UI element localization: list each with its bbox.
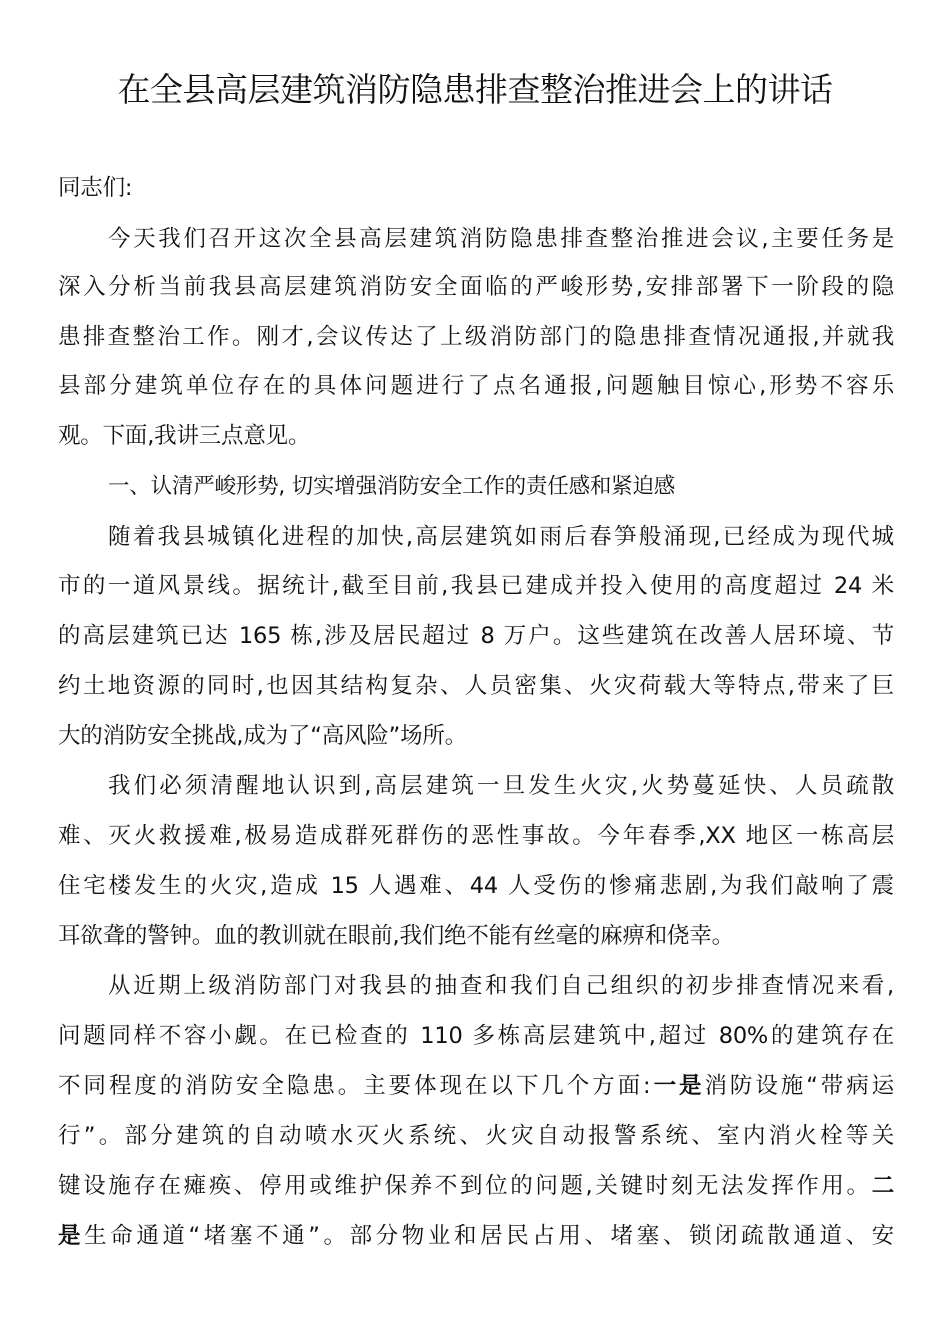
paragraph-line: 深入分析当前我县高层建筑消防安全面临的严峻形势,安排部署下一阶段的隐: [58, 270, 894, 304]
salutation: 同志们:: [58, 171, 894, 205]
paragraph-line: 难、灭火救援难,极易造成群死群伤的恶性事故。今年春季,XX 地区一栋高层: [58, 819, 894, 853]
paragraph-line: 县部分建筑单位存在的具体问题进行了点名通报,问题触目惊心,形势不容乐: [58, 369, 894, 403]
paragraph-line: 从近期上级消防部门对我县的抽查和我们自己组织的初步排查情况来看,: [108, 969, 894, 1003]
paragraph-line: 今天我们召开这次全县高层建筑消防隐患排查整治推进会议,主要任务是: [108, 222, 894, 256]
paragraph-line: 耳欲聋的警钟。血的教训就在眼前,我们绝不能有丝毫的麻痹和侥幸。: [58, 919, 894, 953]
paragraph-line: 大的消防安全挑战,成为了“高风险”场所。: [58, 719, 894, 753]
paragraph-line: 是生命通道“堵塞不通”。部分物业和居民占用、堵塞、锁闭疏散通道、安: [58, 1219, 894, 1253]
emphasis-second-part1: 二: [872, 1173, 894, 1199]
text-run: 消防设施“带病运: [704, 1073, 894, 1099]
emphasis-second-part2: 是: [58, 1223, 84, 1249]
document-title: 在全县高层建筑消防隐患排查整治推进会上的讲话: [0, 66, 950, 114]
text-run: 生命通道“堵塞不通”。部分物业和居民占用、堵塞、锁闭疏散通道、安: [84, 1223, 894, 1249]
paragraph-line: 随着我县城镇化进程的加快,高层建筑如雨后春笋般涌现,已经成为现代城: [108, 520, 894, 554]
paragraph-line: 观。下面,我讲三点意见。: [58, 419, 894, 453]
text-run: 键设施存在瘫痪、停用或维护保养不到位的问题,关键时刻无法发挥作用。: [58, 1173, 872, 1199]
paragraph-line: 键设施存在瘫痪、停用或维护保养不到位的问题,关键时刻无法发挥作用。二: [58, 1169, 894, 1203]
paragraph-line: 问题同样不容小觑。在已检查的 110 多栋高层建筑中,超过 80%的建筑存在: [58, 1019, 894, 1053]
paragraph-line: 市的一道风景线。据统计,截至目前,我县已建成并投入使用的高度超过 24 米: [58, 569, 894, 603]
emphasis-first: 一是: [650, 1073, 704, 1099]
paragraph-line: 住宅楼发生的火灾,造成 15 人遇难、44 人受伤的惨痛悲剧,为我们敲响了震: [58, 869, 894, 903]
section-heading: 一、认清严峻形势, 切实增强消防安全工作的责任感和紧迫感: [108, 470, 894, 504]
text-run: 不同程度的消防安全隐患。主要体现在以下几个方面:: [58, 1073, 650, 1099]
paragraph-line: 患排查整治工作。刚才,会议传达了上级消防部门的隐患排查情况通报,并就我: [58, 320, 894, 354]
paragraph-line: 的高层建筑已达 165 栋,涉及居民超过 8 万户。这些建筑在改善人居环境、节: [58, 619, 894, 653]
paragraph-line: 行”。部分建筑的自动喷水灭火系统、火灾自动报警系统、室内消火栓等关: [58, 1119, 894, 1153]
paragraph-line: 约土地资源的同时,也因其结构复杂、人员密集、火灾荷载大等特点,带来了巨: [58, 669, 894, 703]
paragraph-line: 我们必须清醒地认识到,高层建筑一旦发生火灾,火势蔓延快、人员疏散: [108, 769, 894, 803]
paragraph-line: 不同程度的消防安全隐患。主要体现在以下几个方面:一是消防设施“带病运: [58, 1069, 894, 1103]
